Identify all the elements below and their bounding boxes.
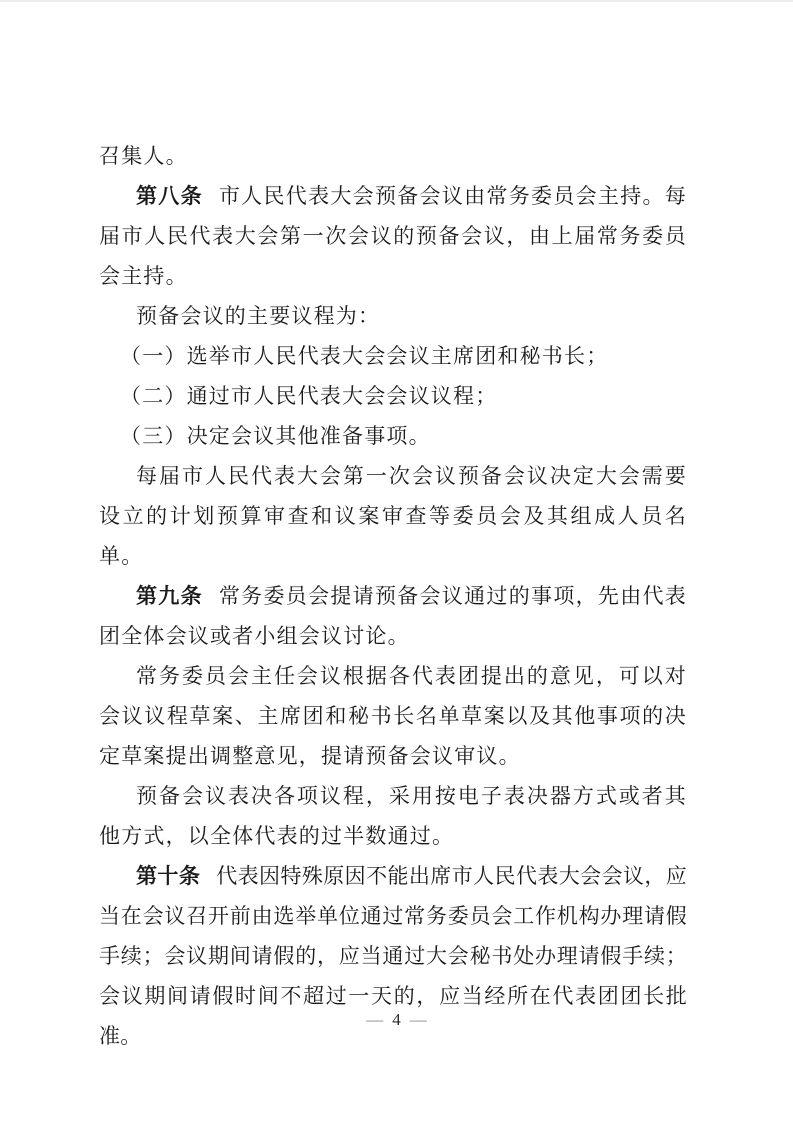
page-footer: —4— bbox=[0, 1008, 793, 1032]
page-number: 4 bbox=[392, 1010, 401, 1029]
paragraph-voting-method: 预备会议表决各项议程，采用按电子表决器方式或者其他方式，以全体代表的过半数通过。 bbox=[99, 776, 687, 856]
footer-dash-left: — bbox=[366, 1010, 383, 1029]
paragraph-first-session: 每届市人民代表大会第一次会议预备会议决定大会需要设立的计划预算审查和议案审查等委… bbox=[99, 456, 687, 576]
paragraph-text: 每届市人民代表大会第一次会议预备会议决定大会需要设立的计划预算审查和议案审查等委… bbox=[99, 464, 687, 568]
paragraph-agenda-item-1: （一）选举市人民代表大会会议主席团和秘书长； bbox=[99, 336, 687, 376]
document-page: 召集人。 第八条市人民代表大会预备会议由常务委员会主持。每届市人民代表大会第一次… bbox=[0, 0, 793, 1122]
paragraph-text: 常务委员会主任会议根据各代表团提出的意见，可以对会议议程草案、主席团和秘书长名单… bbox=[99, 664, 687, 768]
paragraph-chairman-meeting: 常务委员会主任会议根据各代表团提出的意见，可以对会议议程草案、主席团和秘书长名单… bbox=[99, 656, 687, 776]
document-body: 召集人。 第八条市人民代表大会预备会议由常务委员会主持。每届市人民代表大会第一次… bbox=[99, 136, 687, 1056]
article-10-heading: 第十条 bbox=[136, 864, 200, 888]
paragraph-article-9: 第九条常务委员会提请预备会议通过的事项，先由代表团全体会议或者小组会议讨论。 bbox=[99, 576, 687, 656]
paragraph-article-8: 第八条市人民代表大会预备会议由常务委员会主持。每届市人民代表大会第一次会议的预备… bbox=[99, 176, 687, 296]
paragraph-agenda-item-2: （二）通过市人民代表大会会议议程； bbox=[99, 376, 687, 416]
paragraph-text: （二）通过市人民代表大会会议议程； bbox=[120, 384, 497, 408]
article-8-heading: 第八条 bbox=[136, 184, 203, 208]
paragraph-continuation: 召集人。 bbox=[99, 136, 687, 176]
paragraph-agenda-intro: 预备会议的主要议程为： bbox=[99, 296, 687, 336]
article-9-heading: 第九条 bbox=[136, 584, 203, 608]
paragraph-text: （三）决定会议其他准备事项。 bbox=[120, 424, 431, 448]
paragraph-text: 预备会议表决各项议程，采用按电子表决器方式或者其他方式，以全体代表的过半数通过。 bbox=[99, 784, 687, 848]
paragraph-text: 预备会议的主要议程为： bbox=[136, 304, 380, 328]
paragraph-text: 召集人。 bbox=[99, 144, 188, 168]
footer-dash-right: — bbox=[410, 1010, 427, 1029]
paragraph-agenda-item-3: （三）决定会议其他准备事项。 bbox=[99, 416, 687, 456]
paragraph-text: （一）选举市人民代表大会会议主席团和秘书长； bbox=[120, 344, 608, 368]
